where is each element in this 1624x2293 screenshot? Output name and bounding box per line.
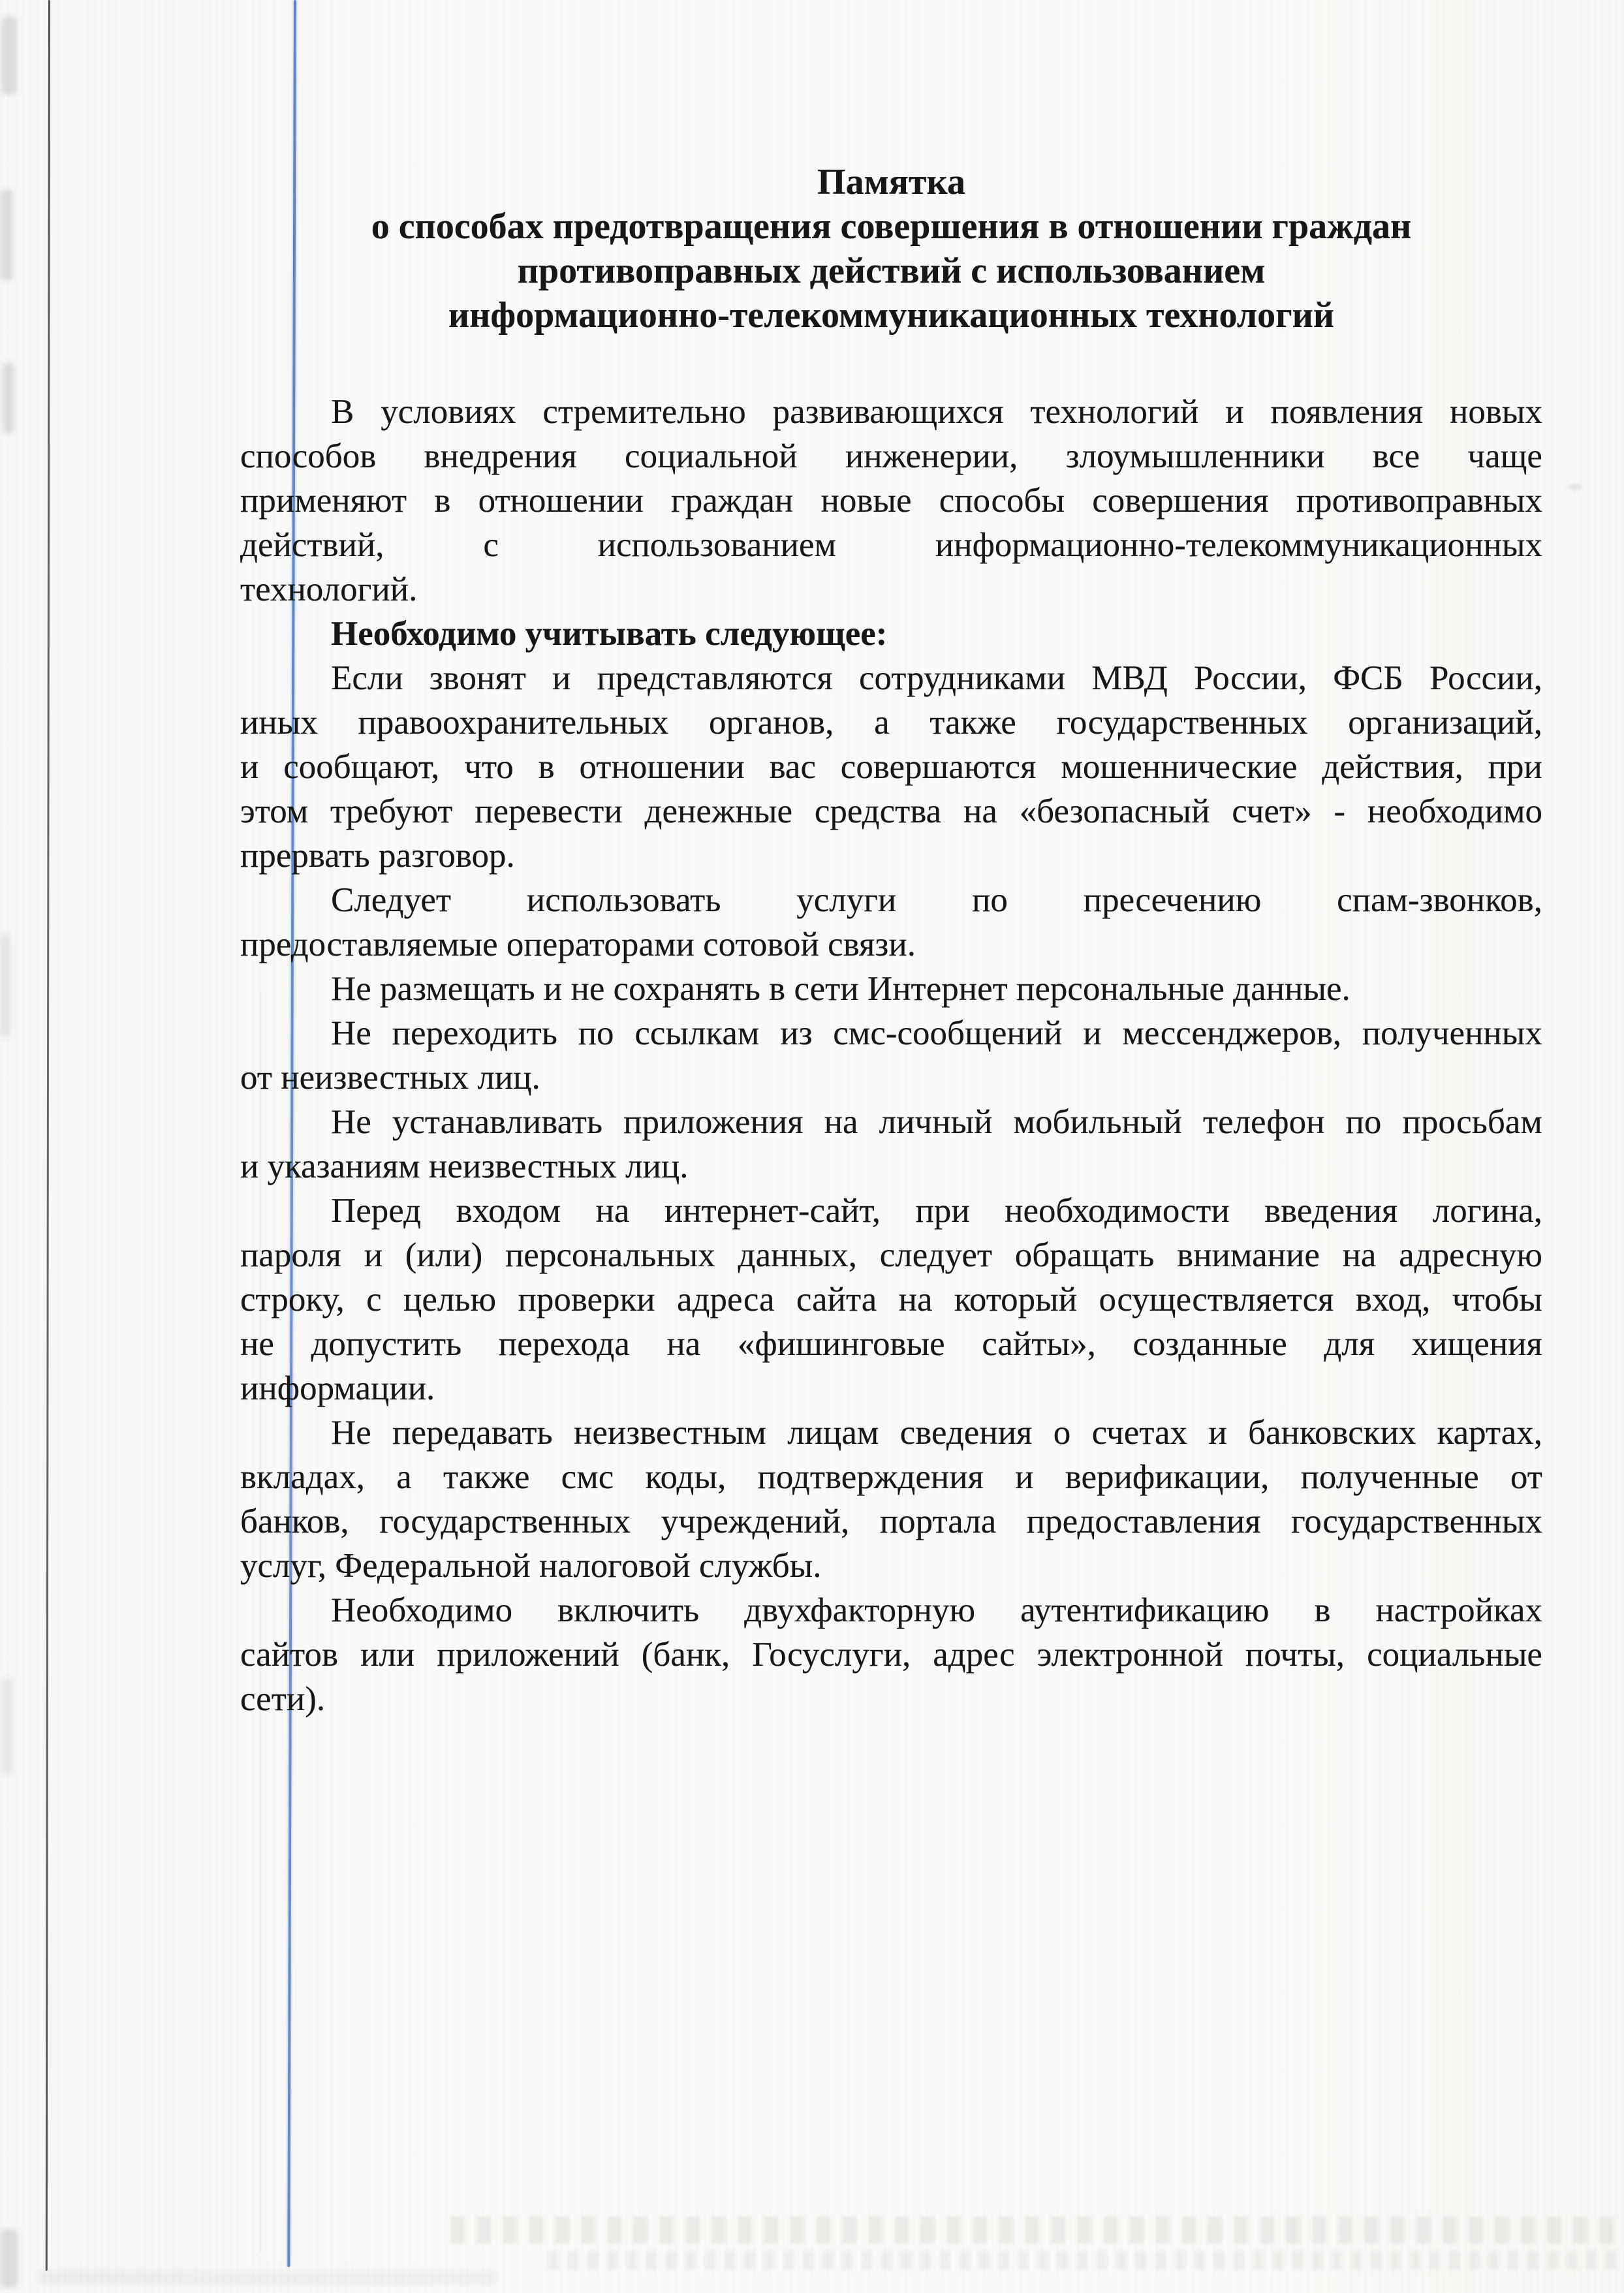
word: способов (240, 434, 376, 478)
word: картах, (1437, 1411, 1542, 1455)
text-line: иныхправоохранительныхорганов,атакжегосу… (240, 700, 1542, 745)
word: целью (403, 1277, 496, 1322)
word: действий, (240, 523, 384, 567)
text-line: Вусловияхстремительноразвивающихсятехнол… (240, 390, 1542, 434)
word: способы (939, 478, 1065, 523)
word: внедрения (424, 434, 576, 478)
word: что (464, 745, 514, 789)
word: осуществляется (1099, 1277, 1334, 1322)
text-line: строку,сцельюпроверкиадресасайтанакоторы… (240, 1277, 1542, 1322)
word: счетах (1092, 1411, 1187, 1455)
word: банков, (240, 1499, 349, 1544)
word: следует (880, 1233, 992, 1277)
memo-title: Памяткао способах предотвращения соверше… (240, 160, 1542, 337)
word: адреса (677, 1277, 775, 1322)
text-line: Необходимовключитьдвухфакторнуюаутентифи… (240, 1588, 1542, 1632)
word: банковских (1248, 1411, 1416, 1455)
text-line: этомтребуютперевестиденежныесредствана«б… (240, 789, 1542, 834)
word: сотрудниками (859, 656, 1065, 700)
word: мошеннические (1061, 745, 1297, 789)
text-line: услуг, Федеральной налоговой службы. (240, 1544, 1542, 1588)
word: чаще (1467, 434, 1542, 478)
word: передавать (392, 1411, 553, 1455)
word: на (963, 789, 997, 834)
word: «фишинговые (738, 1322, 945, 1366)
word: В (331, 390, 354, 434)
memo-text: Памяткао способах предотвращения соверше… (240, 0, 1542, 1721)
word: на (1343, 1233, 1377, 1277)
word: адрес (933, 1632, 1014, 1677)
title-line: Памятка (240, 160, 1542, 204)
word: предоставления (1027, 1499, 1261, 1544)
word: в (434, 478, 450, 523)
word: органов, (709, 700, 834, 745)
word: и (240, 745, 258, 789)
word: а (874, 700, 890, 745)
word: Госуслуги, (752, 1632, 911, 1677)
word: сайтов (240, 1632, 338, 1677)
word: лицам (787, 1411, 879, 1455)
word: условиях (381, 390, 516, 434)
paragraph: Неустанавливатьприложенияналичныймобильн… (240, 1100, 1542, 1189)
word: сообщают, (283, 745, 439, 789)
edge-smudge (1, 1677, 13, 1775)
word: данных, (738, 1233, 857, 1277)
word: входом (456, 1189, 561, 1233)
word: инженерии, (845, 434, 1018, 478)
edge-smudge (0, 933, 10, 1038)
word: подтверждения (758, 1455, 984, 1499)
ghost-text-band (548, 2251, 1619, 2270)
word: строку, (240, 1277, 345, 1322)
title-gap (240, 337, 1542, 390)
word: и (552, 656, 570, 700)
word: России, (1194, 656, 1307, 700)
word: при (1488, 745, 1542, 789)
edge-smudge (1, 16, 17, 95)
document-page: Памяткао способах предотвращения соверше… (0, 0, 1624, 2293)
word: появления (1271, 390, 1424, 434)
word: просьбам (1402, 1100, 1542, 1144)
word: Не (331, 1100, 371, 1144)
word: государственных (1291, 1499, 1542, 1544)
text-line: банков,государственныхучреждений,портала… (240, 1499, 1542, 1544)
word: также (443, 1455, 530, 1499)
word: действия, (1322, 745, 1463, 789)
word: сайты», (982, 1322, 1096, 1366)
word: и (1015, 1455, 1033, 1499)
word: с (366, 1277, 382, 1322)
word: приложения (623, 1100, 803, 1144)
word: пароля (240, 1233, 341, 1277)
word: настройках (1375, 1588, 1542, 1632)
text-line: способоввнедрениясоциальнойинженерии,зло… (240, 434, 1542, 478)
word: с (483, 523, 499, 567)
word: устанавливать (392, 1100, 602, 1144)
word: введения (1264, 1189, 1398, 1233)
word: полученных (1362, 1011, 1542, 1055)
word: допустить (311, 1322, 461, 1366)
word: и (1225, 390, 1243, 434)
word: портала (880, 1499, 996, 1544)
word: сайта (796, 1277, 877, 1322)
word: ФСБ (1333, 656, 1403, 700)
word: информационно-телекоммуникационных (935, 523, 1542, 567)
word: этом (240, 789, 308, 834)
word: и (1083, 1011, 1101, 1055)
text-line: вкладах,атакжесмскоды,подтвержденияивери… (240, 1455, 1542, 1499)
word: граждан (671, 478, 793, 523)
text-line: пароляи(или)персональныхданных,следуетоб… (240, 1233, 1542, 1277)
word: требуют (330, 789, 452, 834)
word: совершения (1092, 478, 1268, 523)
word: использовать (527, 878, 721, 922)
text-line: Следуетиспользоватьуслугипопресечениюспа… (240, 878, 1542, 922)
word: переходить (392, 1011, 557, 1055)
text-line: исообщают,чтовотношениивассовершаютсямош… (240, 745, 1542, 789)
word: или (360, 1632, 414, 1677)
text-line: Передвходомнаинтернет-сайт,принеобходимо… (240, 1189, 1542, 1233)
word: отношении (580, 745, 745, 789)
word: электронной (1037, 1632, 1223, 1677)
text-line: сайтовилиприложений(банк,Госуслуги,адрес… (240, 1632, 1542, 1677)
word: правоохранительных (358, 700, 669, 745)
word: при (915, 1189, 969, 1233)
word: мессенджеров, (1122, 1011, 1341, 1055)
word: государственных (379, 1499, 631, 1544)
text-line: применяютвотношениигражданновыеспособысо… (240, 478, 1542, 523)
word: пресечению (1084, 878, 1262, 922)
word: в (1314, 1588, 1330, 1632)
word: смс (561, 1455, 614, 1499)
word: на (596, 1189, 630, 1233)
word: (или) (405, 1233, 482, 1277)
memo-body: Вусловияхстремительноразвивающихсятехнол… (240, 390, 1542, 1721)
word: также (929, 700, 1016, 745)
word: вкладах, (240, 1455, 365, 1499)
word: который (954, 1277, 1077, 1322)
title-line: противоправных действий с использованием (240, 249, 1542, 293)
word: адресную (1399, 1233, 1542, 1277)
word: счет» (1232, 789, 1311, 834)
paragraph: Следуетиспользоватьуслугипопресечениюспа… (240, 878, 1542, 967)
word: отношении (478, 478, 644, 523)
text-line: Не размещать и не сохранять в сети Интер… (240, 967, 1542, 1011)
word: государственных (1057, 700, 1308, 745)
text-line: Необходимо учитывать следующее: (240, 612, 1542, 656)
edge-speck (1568, 484, 1582, 490)
paragraph: Непередаватьнеизвестнымлицамсведенияосче… (240, 1411, 1542, 1588)
word: полученные (1301, 1455, 1479, 1499)
word: интернет-сайт, (664, 1189, 881, 1233)
word: Если (331, 656, 403, 700)
word: Необходимо (331, 1588, 512, 1632)
word: вас (770, 745, 816, 789)
word: перехода (499, 1322, 630, 1366)
word: и (364, 1233, 383, 1277)
word: на (824, 1100, 858, 1144)
word: по (972, 878, 1008, 922)
word: применяют (240, 478, 407, 523)
text-line: действий,сиспользованиеминформационно-те… (240, 523, 1542, 567)
word: Не (331, 1411, 371, 1455)
word: Перед (331, 1189, 421, 1233)
word: новых (1450, 390, 1542, 434)
word: учреждений, (661, 1499, 850, 1544)
ghost-text-band (450, 2217, 1619, 2244)
text-line: Непередаватьнеизвестнымлицамсведенияосче… (240, 1411, 1542, 1455)
word: МВД (1091, 656, 1168, 700)
word: (банк, (642, 1632, 730, 1677)
word: по (578, 1011, 614, 1055)
word: представляются (597, 656, 833, 700)
paragraph: Не размещать и не сохранять в сети Интер… (240, 967, 1542, 1011)
word: в (539, 745, 555, 789)
word: стремительно (542, 390, 745, 434)
word: не (240, 1322, 274, 1366)
ghost-text-band (39, 2270, 496, 2285)
word: - (1334, 789, 1345, 834)
edge-smudge (0, 189, 13, 281)
word: Не (331, 1011, 371, 1055)
text-line: технологий. (240, 567, 1542, 612)
word: а (396, 1455, 412, 1499)
word: аутентификацию (1020, 1588, 1269, 1632)
word: сведения (900, 1411, 1033, 1455)
title-line: о способах предотвращения совершения в о… (240, 204, 1542, 249)
word: все (1373, 434, 1420, 478)
word: спам-звонков, (1337, 878, 1542, 922)
word: необходимости (1005, 1189, 1230, 1233)
word: верификации, (1065, 1455, 1270, 1499)
scan-artifact-dark-line (46, 0, 50, 2271)
word: технологий (1030, 390, 1198, 434)
word: из (780, 1011, 812, 1055)
word: смс-сообщений (833, 1011, 1062, 1055)
word: России, (1429, 656, 1542, 700)
word: мобильный (1014, 1100, 1182, 1144)
word: использованием (598, 523, 836, 567)
word: на (899, 1277, 933, 1322)
text-line: ЕслизвонятипредставляютсясотрудникамиМВД… (240, 656, 1542, 700)
text-line: информации. (240, 1366, 1542, 1411)
word: ссылкам (634, 1011, 759, 1055)
word: «безопасный (1020, 789, 1210, 834)
edge-smudge (3, 362, 14, 434)
paragraph: Передвходомнаинтернет-сайт,принеобходимо… (240, 1189, 1542, 1411)
word: денежные (645, 789, 793, 834)
word: включить (557, 1588, 699, 1632)
word: личный (879, 1100, 993, 1144)
section-heading: Необходимо учитывать следующее: (240, 612, 1542, 656)
word: перевести (475, 789, 623, 834)
word: вход, (1356, 1277, 1431, 1322)
word: Следует (331, 878, 451, 922)
word: от (1510, 1455, 1542, 1499)
word: для (1324, 1322, 1375, 1366)
word: развивающихся (773, 390, 1004, 434)
word: созданные (1132, 1322, 1287, 1366)
text-line: Непереходитьпоссылкамизсмс-сообщенийимес… (240, 1011, 1542, 1055)
word: на (666, 1322, 700, 1366)
text-line: сети). (240, 1677, 1542, 1721)
word: логина, (1433, 1189, 1542, 1233)
word: услуги (796, 878, 896, 922)
text-line: недопуститьпереходана«фишинговыесайты»,с… (240, 1322, 1542, 1366)
edge-smudge (0, 2229, 18, 2288)
word: обращать (1015, 1233, 1155, 1277)
word: внимание (1177, 1233, 1320, 1277)
paragraph: Вусловияхстремительноразвивающихсятехнол… (240, 390, 1542, 612)
text-line: и указаниям неизвестных лиц. (240, 1144, 1542, 1189)
word: персональных (505, 1233, 715, 1277)
word: совершаются (841, 745, 1037, 789)
word: социальной (625, 434, 798, 478)
word: злоумышленники (1066, 434, 1325, 478)
word: иных (240, 700, 318, 745)
word: проверки (518, 1277, 655, 1322)
word: необходимо (1367, 789, 1542, 834)
word: хищения (1412, 1322, 1542, 1366)
text-line: Неустанавливатьприложенияналичныймобильн… (240, 1100, 1542, 1144)
word: средства (815, 789, 941, 834)
word: неизвестным (574, 1411, 766, 1455)
text-line: от неизвестных лиц. (240, 1055, 1542, 1100)
word: чтобы (1452, 1277, 1542, 1322)
word: организаций, (1348, 700, 1542, 745)
text-line: предоставляемые операторами сотовой связ… (240, 922, 1542, 967)
paragraph: Необходимовключитьдвухфакторнуюаутентифи… (240, 1588, 1542, 1721)
word: коды, (645, 1455, 726, 1499)
word: звонят (429, 656, 526, 700)
text-line: прервать разговор. (240, 834, 1542, 878)
word: двухфакторную (744, 1588, 975, 1632)
word: противоправных (1296, 478, 1542, 523)
paragraph: ЕслизвонятипредставляютсясотрудникамиМВД… (240, 656, 1542, 878)
word: почты, (1245, 1632, 1345, 1677)
word: социальные (1367, 1632, 1542, 1677)
word: приложений (437, 1632, 619, 1677)
word: по (1346, 1100, 1382, 1144)
word: телефон (1203, 1100, 1325, 1144)
title-line: информационно-телекоммуникационных техно… (240, 293, 1542, 337)
paragraph: Непереходитьпоссылкамизсмс-сообщенийимес… (240, 1011, 1542, 1100)
word: о (1054, 1411, 1071, 1455)
word: новые (821, 478, 912, 523)
word: и (1208, 1411, 1226, 1455)
